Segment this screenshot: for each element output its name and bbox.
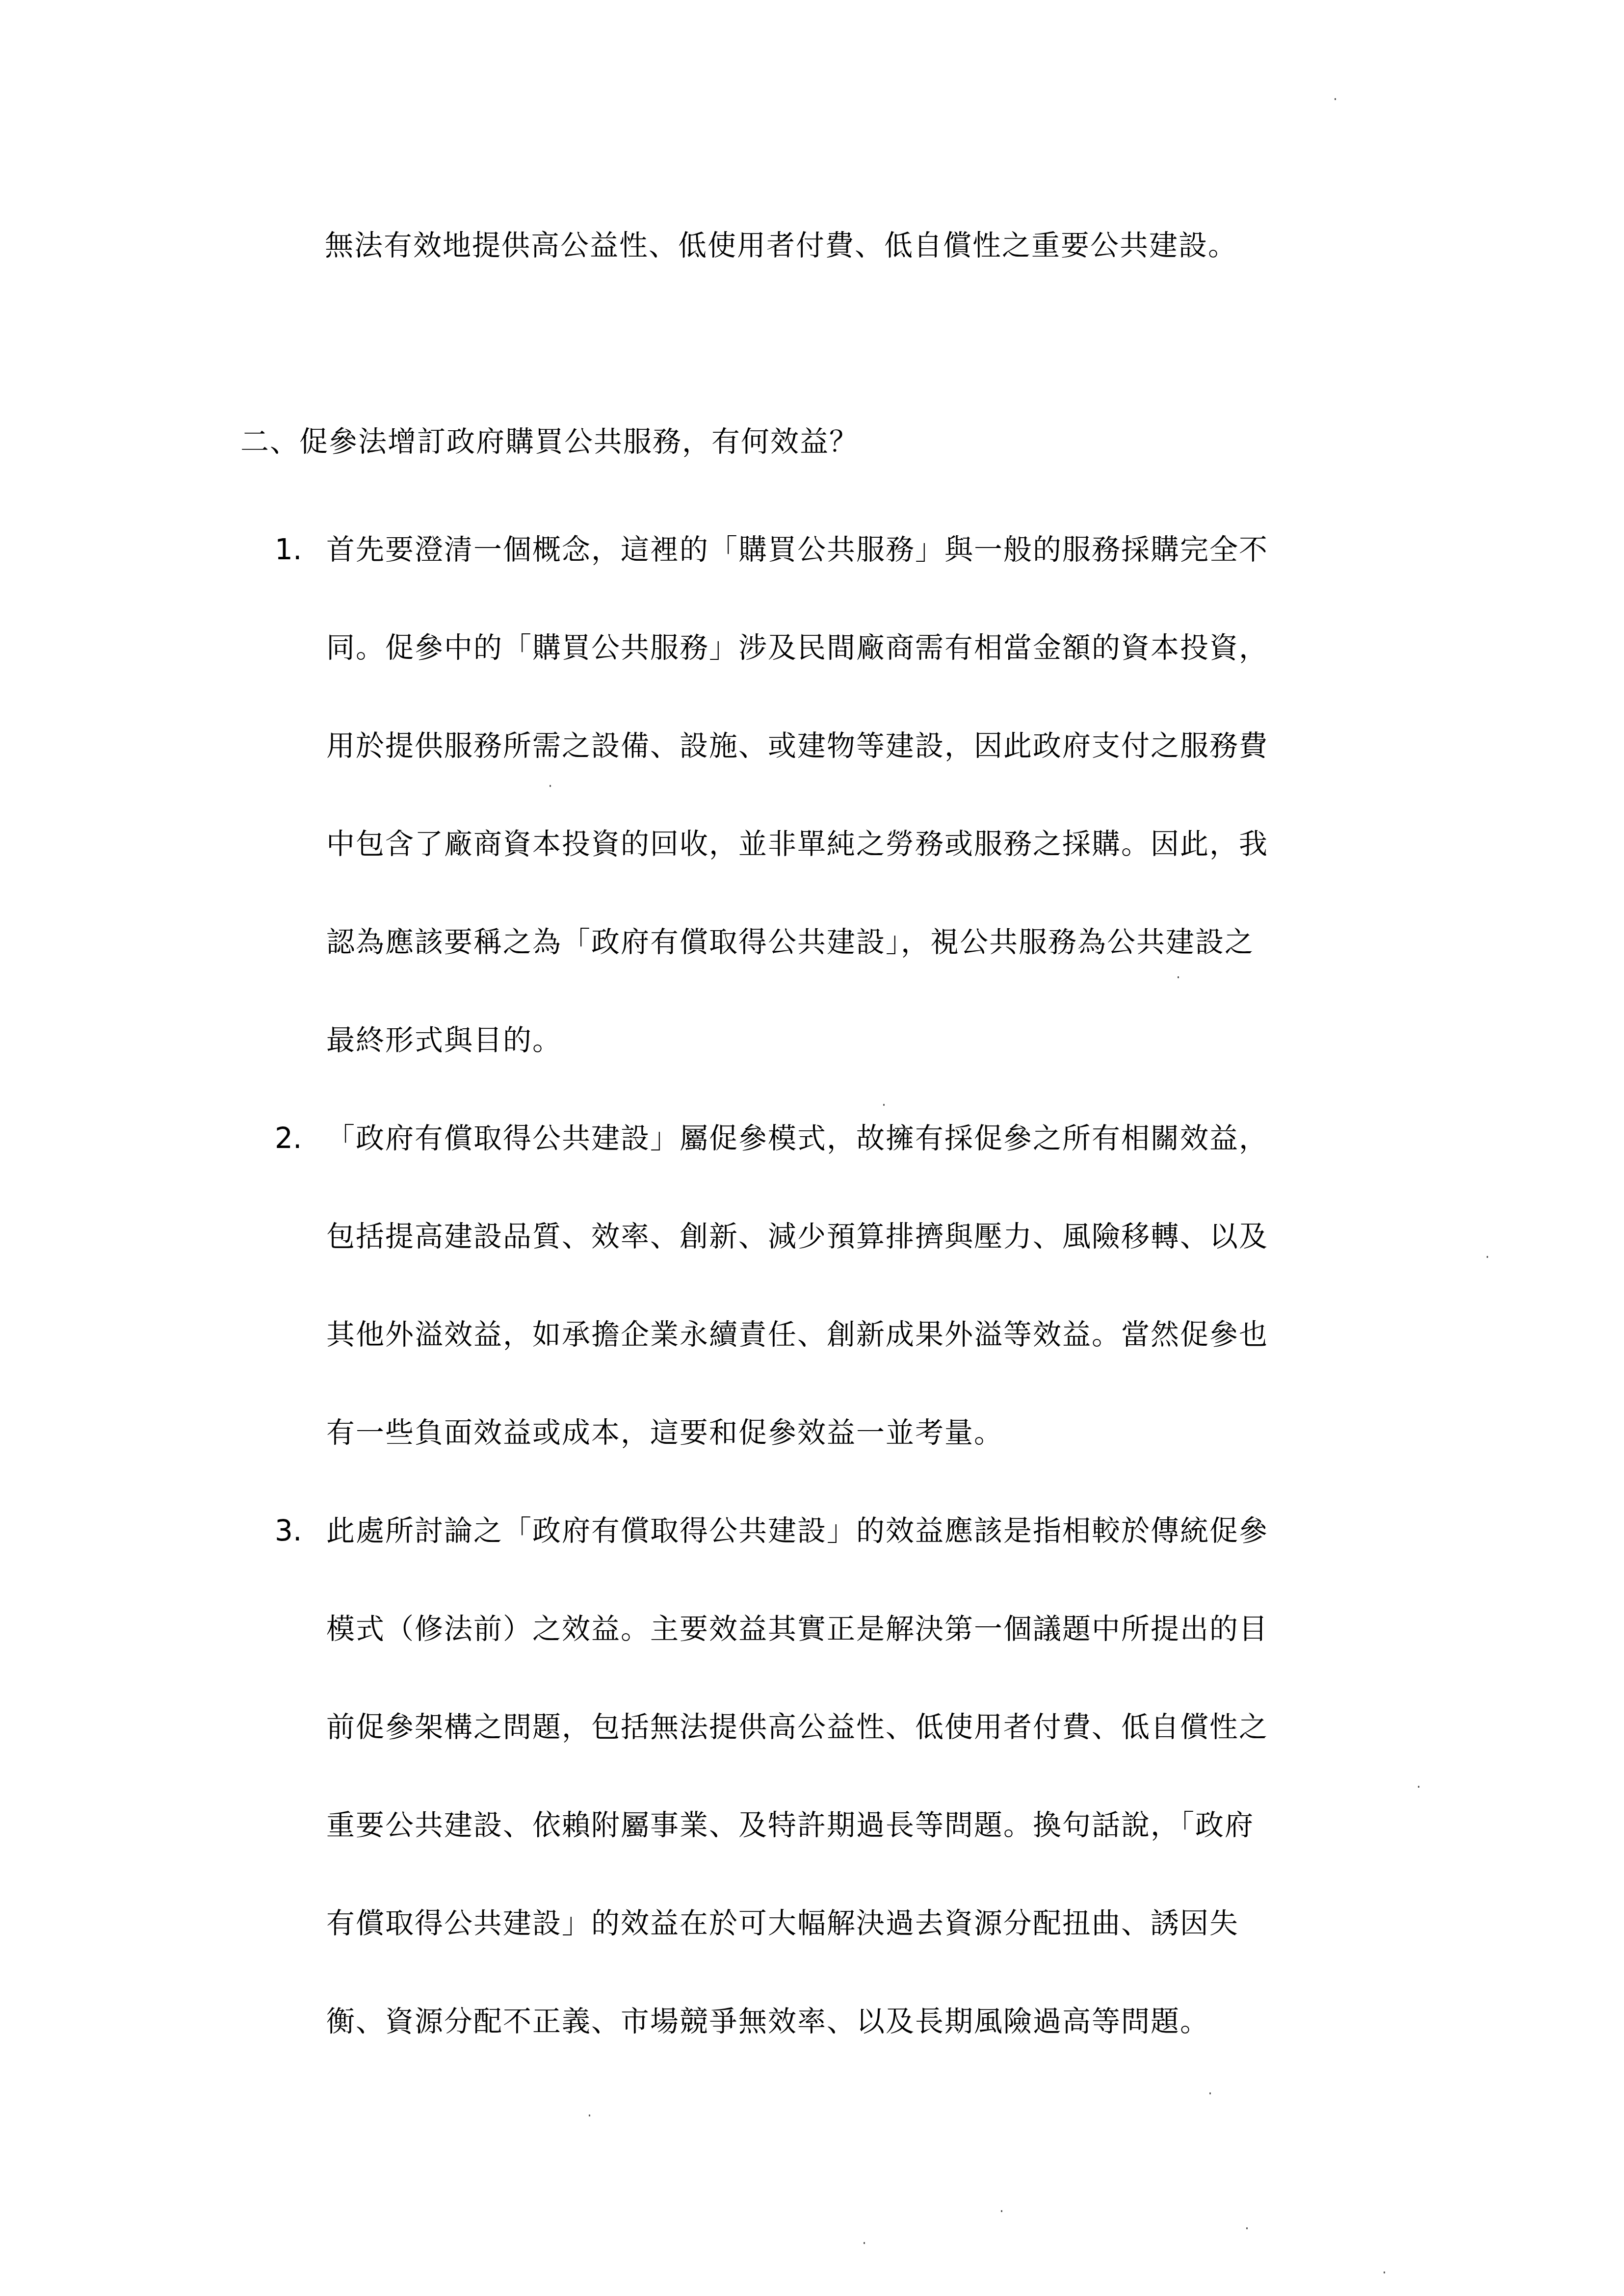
continuation-paragraph: 無法有效地提供高公益性、低使用者付費、低自償性之重要公共建設。	[325, 226, 1237, 265]
paragraph-line: 同。促參中的「購買公共服務」涉及民間廠商需有相當金額的資本投資，	[326, 628, 1268, 667]
paragraph-line: 其他外溢效益，如承擔企業永續責任、創新成果外溢等效益。當然促參也	[326, 1315, 1268, 1354]
scanned-document-page: 無法有效地提供高公益性、低使用者付費、低自償性之重要公共建設。 二、促參法增訂政…	[0, 0, 1624, 2296]
paragraph-line: 模式（修法前）之效益。主要效益其實正是解決第一個議題中所提出的目	[326, 1609, 1268, 1648]
scan-speck	[864, 2242, 865, 2244]
list-item-number: 2.	[275, 1119, 302, 1158]
scan-speck	[1209, 2092, 1211, 2094]
scan-speck	[1178, 976, 1179, 978]
paragraph-line: 有償取得公共建設」的效益在於可大幅解決過去資源分配扭曲、誘因失	[326, 1904, 1239, 1943]
section-heading: 二、促參法增訂政府購買公共服務，有何效益？	[240, 422, 859, 461]
paragraph-line: 有一些負面效益或成本，這要和促參效益一並考量。	[326, 1413, 1003, 1452]
list-item-number: 1.	[275, 530, 302, 569]
paragraph-line: 認為應該要稱之為「政府有償取得公共建設」，視公共服務為公共建設之	[326, 922, 1254, 962]
list-item-number: 3.	[275, 1511, 302, 1550]
paragraph-line: 用於提供服務所需之設備、設施、或建物等建設，因此政府支付之服務費	[326, 726, 1268, 765]
paragraph-line: 首先要澄清一個概念，這裡的「購買公共服務」與一般的服務採購完全不	[326, 530, 1268, 569]
paragraph-line: 此處所討論之「政府有償取得公共建設」的效益應該是指相較於傳統促參	[326, 1511, 1268, 1550]
scan-speck	[550, 785, 551, 787]
scan-speck	[1246, 2227, 1248, 2229]
paragraph-line: 前促參架構之問題，包括無法提供高公益性、低使用者付費、低自償性之	[326, 1707, 1268, 1747]
paragraph-line: 包括提高建設品質、效率、創新、減少預算排擠與壓力、風險移轉、以及	[326, 1217, 1268, 1256]
paragraph-line: 最終形式與目的。	[326, 1020, 562, 1060]
scan-speck	[1384, 2271, 1385, 2273]
scan-speck	[1418, 1786, 1419, 1788]
paragraph-line: 中包含了廠商資本投資的回收，並非單純之勞務或服務之採購。因此，我	[326, 824, 1268, 863]
scan-speck	[589, 2114, 590, 2116]
scan-speck	[1487, 1256, 1488, 1258]
paragraph-line: 重要公共建設、依賴附屬事業、及特許期過長等問題。換句話說，「政府	[326, 1805, 1254, 1845]
paragraph-line: 「政府有償取得公共建設」屬促參模式，故擁有採促參之所有相關效益，	[326, 1119, 1268, 1158]
scan-speck	[1335, 98, 1336, 100]
scan-speck	[883, 1104, 885, 1106]
scan-speck	[1001, 2210, 1002, 2212]
paragraph-line: 衡、資源分配不正義、市場競爭無效率、以及長期風險過高等問題。	[326, 2002, 1209, 2041]
